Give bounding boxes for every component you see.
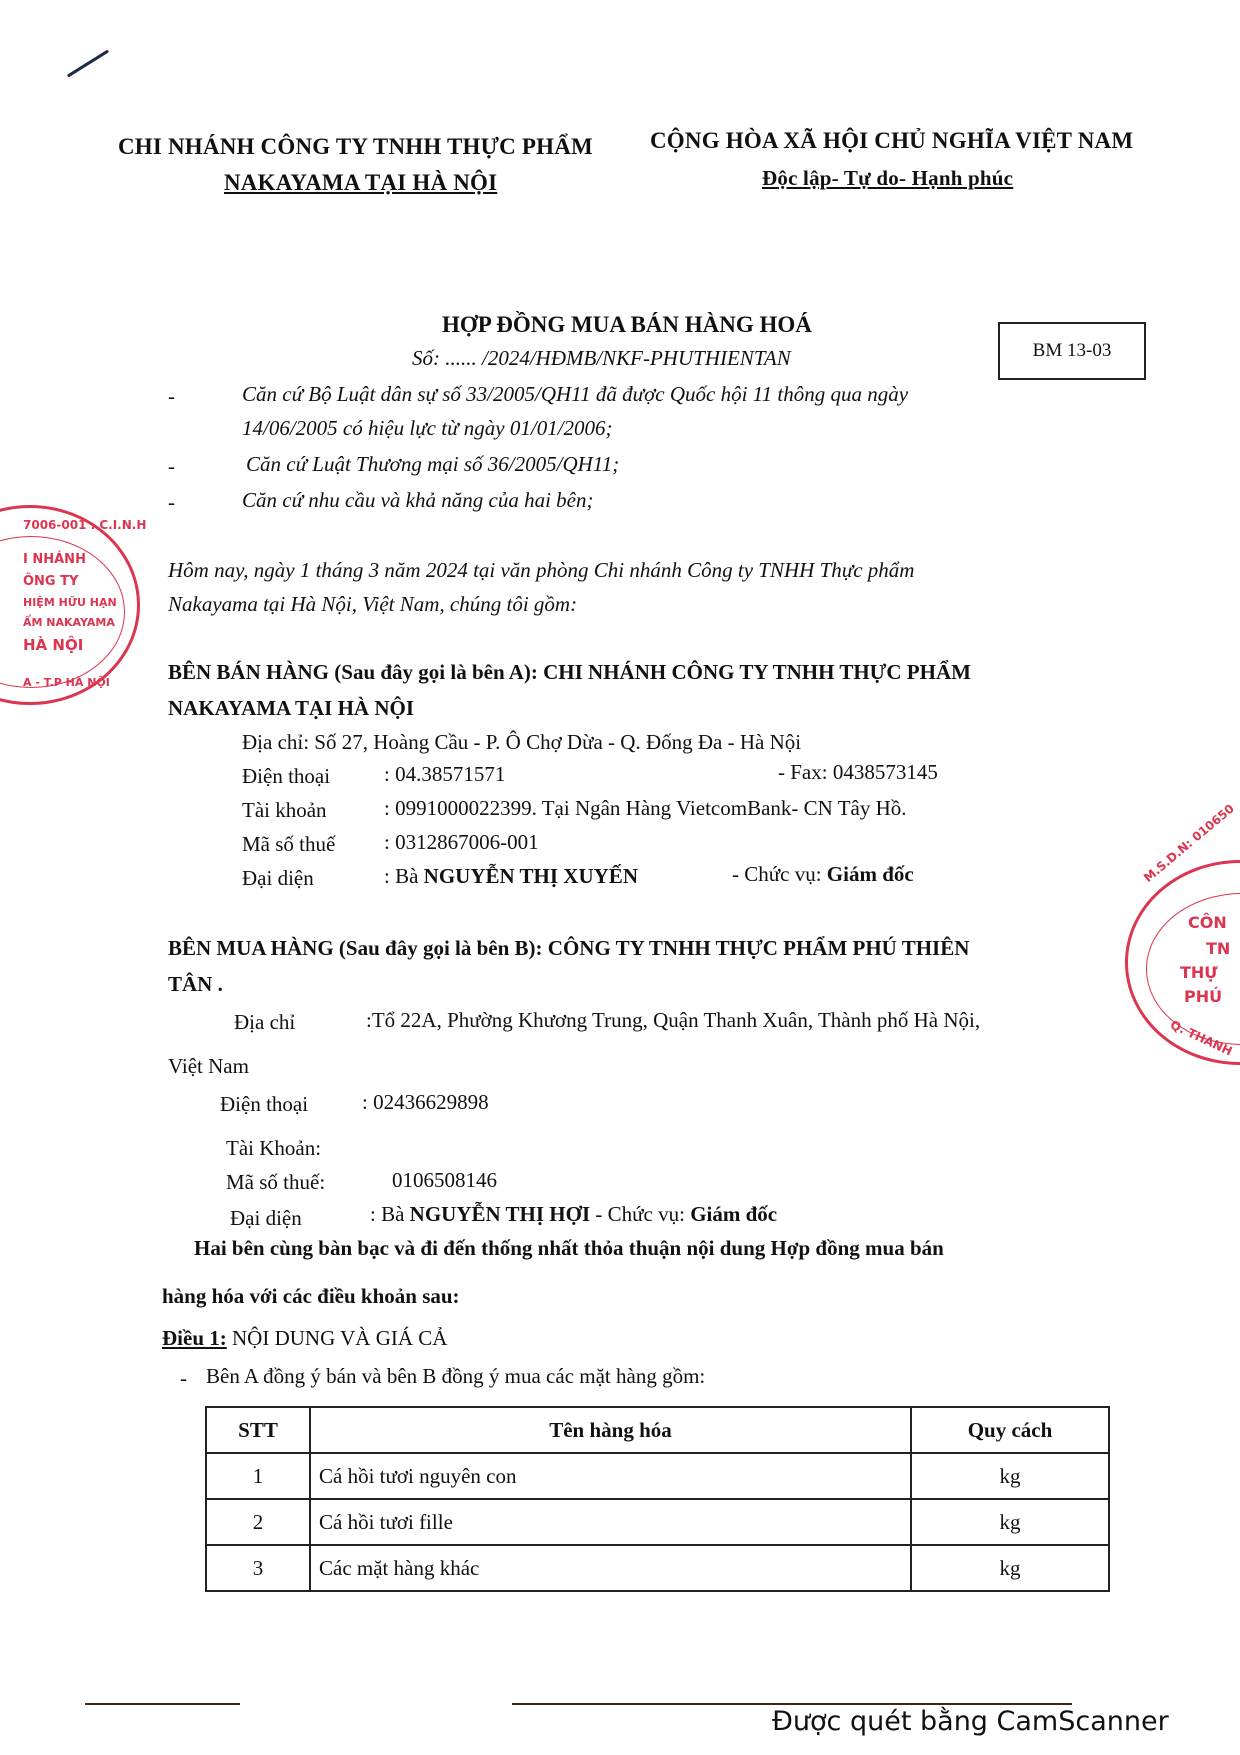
party-a-account-label: Tài khoản — [242, 798, 327, 823]
legal-basis-3: Căn cứ nhu cầu và khả năng của hai bên; — [242, 488, 593, 513]
header-unit: Quy cách — [911, 1407, 1109, 1453]
buyer-company-stamp: M.S.D.N: 010650 CÔN TN THỰ PHÚ Q. THANH — [1125, 860, 1240, 1065]
scan-edge-line — [85, 1703, 240, 1705]
pen-stroke-mark — [67, 50, 109, 78]
rep-name: NGUYỄN THỊ XUYẾN — [424, 864, 638, 888]
stamp-line: I NHÁNH — [23, 552, 86, 567]
national-motto: Độc lập- Tự do- Hạnh phúc — [762, 166, 1013, 191]
rep-name: NGUYỄN THỊ HỢI — [410, 1202, 590, 1226]
national-header-line1: CỘNG HÒA XÃ HỘI CHỦ NGHĨA VIỆT NAM — [650, 128, 1133, 154]
table-row: 3 Các mặt hàng khác kg — [206, 1545, 1109, 1591]
stamp-ring-bottom: A - T.P HÀ NỘI — [23, 676, 110, 689]
company-header-line1: CHI NHÁNH CÔNG TY TNHH THỰC PHẨM — [118, 134, 593, 160]
cell-no: 2 — [206, 1499, 310, 1545]
article-1-label: Điều 1: — [162, 1326, 227, 1350]
position-label: - Chức vụ: — [590, 1202, 690, 1226]
stamp-line: ẨM NAKAYAMA — [23, 616, 115, 629]
party-a-heading-line2: NAKAYAMA TẠI HÀ NỘI — [168, 696, 414, 721]
cell-no: 3 — [206, 1545, 310, 1591]
legal-basis-2: Căn cứ Luật Thương mại số 36/2005/QH11; — [246, 452, 619, 477]
cell-unit: kg — [911, 1545, 1109, 1591]
party-a-phone-label: Điện thoại — [242, 764, 330, 789]
table-row: 2 Cá hồi tươi fille kg — [206, 1499, 1109, 1545]
table-header-row: STT Tên hàng hóa Quy cách — [206, 1407, 1109, 1453]
agreement-line1: Hai bên cùng bàn bạc và đi đến thống nhấ… — [194, 1236, 944, 1261]
cell-unit: kg — [911, 1499, 1109, 1545]
party-b-tax-value: 0106508146 — [392, 1168, 497, 1193]
party-a-address: Địa chỉ: Số 27, Hoàng Cầu - P. Ô Chợ Dừa… — [242, 730, 801, 755]
party-b-rep-label: Đại diện — [230, 1206, 302, 1231]
table-row: 1 Cá hồi tươi nguyên con kg — [206, 1453, 1109, 1499]
form-code: BM 13-03 — [1033, 340, 1112, 362]
cell-name: Cá hồi tươi nguyên con — [310, 1453, 911, 1499]
scan-edge-line — [512, 1703, 1072, 1705]
party-a-heading-line1: BÊN BÁN HÀNG (Sau đây gọi là bên A): CHI… — [168, 660, 971, 685]
party-b-heading-line2: TÂN . — [168, 972, 223, 997]
camscanner-watermark: Được quét bằng CamScanner — [772, 1706, 1169, 1737]
party-a-tax-label: Mã số thuế — [242, 832, 335, 857]
seller-company-stamp: 7006-001 . C.I.N.H I NHÁNH ÔNG TY HIỆM H… — [0, 505, 140, 705]
legal-basis-1-line1: Căn cứ Bộ Luật dân sự số 33/2005/QH11 đã… — [242, 382, 908, 407]
party-b-heading-line1: BÊN MUA HÀNG (Sau đây gọi là bên B): CÔN… — [168, 936, 969, 961]
rep-prefix: : Bà — [384, 864, 424, 888]
position-label: - Chức vụ: — [732, 862, 827, 886]
intro-line1: Hôm nay, ngày 1 tháng 3 năm 2024 tại văn… — [168, 558, 914, 583]
stamp-line: HIỆM HỮU HẠN — [23, 596, 117, 609]
rep-prefix: : Bà — [370, 1202, 410, 1226]
intro-line2: Nakayama tại Hà Nội, Việt Nam, chúng tôi… — [168, 592, 577, 617]
party-a-tax-value: : 0312867006-001 — [384, 830, 539, 855]
stamp-line: THỰ — [1180, 963, 1218, 982]
legal-basis-1-line2: 14/06/2005 có hiệu lực từ ngày 01/01/200… — [242, 416, 613, 441]
bullet: - — [168, 454, 175, 479]
position-value: Giám đốc — [690, 1202, 777, 1226]
stamp-line: CÔN — [1188, 913, 1227, 932]
party-b-address-label: Địa chỉ — [234, 1010, 295, 1035]
header-stt: STT — [206, 1407, 310, 1453]
company-header-line2: NAKAYAMA TẠI HÀ NỘI — [224, 170, 497, 196]
party-b-address-cont: Việt Nam — [168, 1054, 249, 1079]
cell-name: Các mặt hàng khác — [310, 1545, 911, 1591]
article-1-title: NỘI DUNG VÀ GIÁ CẢ — [227, 1326, 448, 1350]
cell-name: Cá hồi tươi fille — [310, 1499, 911, 1545]
stamp-line: TN — [1206, 939, 1230, 958]
stamp-line: ÔNG TY — [23, 574, 78, 589]
party-a-phone-value: : 04.38571571 — [384, 762, 505, 787]
article-1-intro: Bên A đồng ý bán và bên B đồng ý mua các… — [206, 1364, 705, 1389]
party-b-representative: : Bà NGUYỄN THỊ HỢI - Chức vụ: Giám đốc — [370, 1202, 777, 1227]
contract-title: HỢP ĐỒNG MUA BÁN HÀNG HOÁ — [442, 312, 812, 338]
party-a-rep-label: Đại diện — [242, 866, 314, 891]
goods-table: STT Tên hàng hóa Quy cách 1 Cá hồi tươi … — [205, 1406, 1110, 1592]
stamp-ring-text: M.S.D.N: 010650 — [1141, 801, 1237, 885]
contract-number: Số: ...... /2024/HĐMB/NKF-PHUTHIENTAN — [412, 346, 791, 371]
party-b-phone-value: : 02436629898 — [362, 1090, 489, 1115]
bullet: - — [180, 1366, 187, 1391]
article-1-heading: Điều 1: NỘI DUNG VÀ GIÁ CẢ — [162, 1326, 447, 1351]
bullet: - — [168, 490, 175, 515]
form-code-box: BM 13-03 — [998, 322, 1146, 380]
party-b-address-value: :Tổ 22A, Phường Khương Trung, Quận Thanh… — [366, 1008, 980, 1033]
header-goods-name: Tên hàng hóa — [310, 1407, 911, 1453]
party-b-phone-label: Điện thoại — [220, 1092, 308, 1117]
party-a-representative: : Bà NGUYỄN THỊ XUYẾN — [384, 864, 638, 889]
stamp-line: HÀ NỘI — [23, 636, 83, 654]
cell-unit: kg — [911, 1453, 1109, 1499]
position-value: Giám đốc — [827, 862, 914, 886]
agreement-line2: hàng hóa với các điều khoản sau: — [162, 1284, 460, 1309]
party-a-account-value: : 0991000022399. Tại Ngân Hàng VietcomBa… — [384, 796, 907, 821]
stamp-line: PHÚ — [1184, 987, 1222, 1006]
party-b-account-label: Tài Khoản: — [226, 1136, 321, 1161]
party-b-tax-label: Mã số thuế: — [226, 1170, 325, 1195]
cell-no: 1 — [206, 1453, 310, 1499]
stamp-ring-top: 7006-001 . C.I.N.H — [23, 518, 146, 532]
party-a-position: - Chức vụ: Giám đốc — [732, 862, 914, 887]
party-a-fax: - Fax: 0438573145 — [778, 760, 938, 785]
bullet: - — [168, 384, 175, 409]
